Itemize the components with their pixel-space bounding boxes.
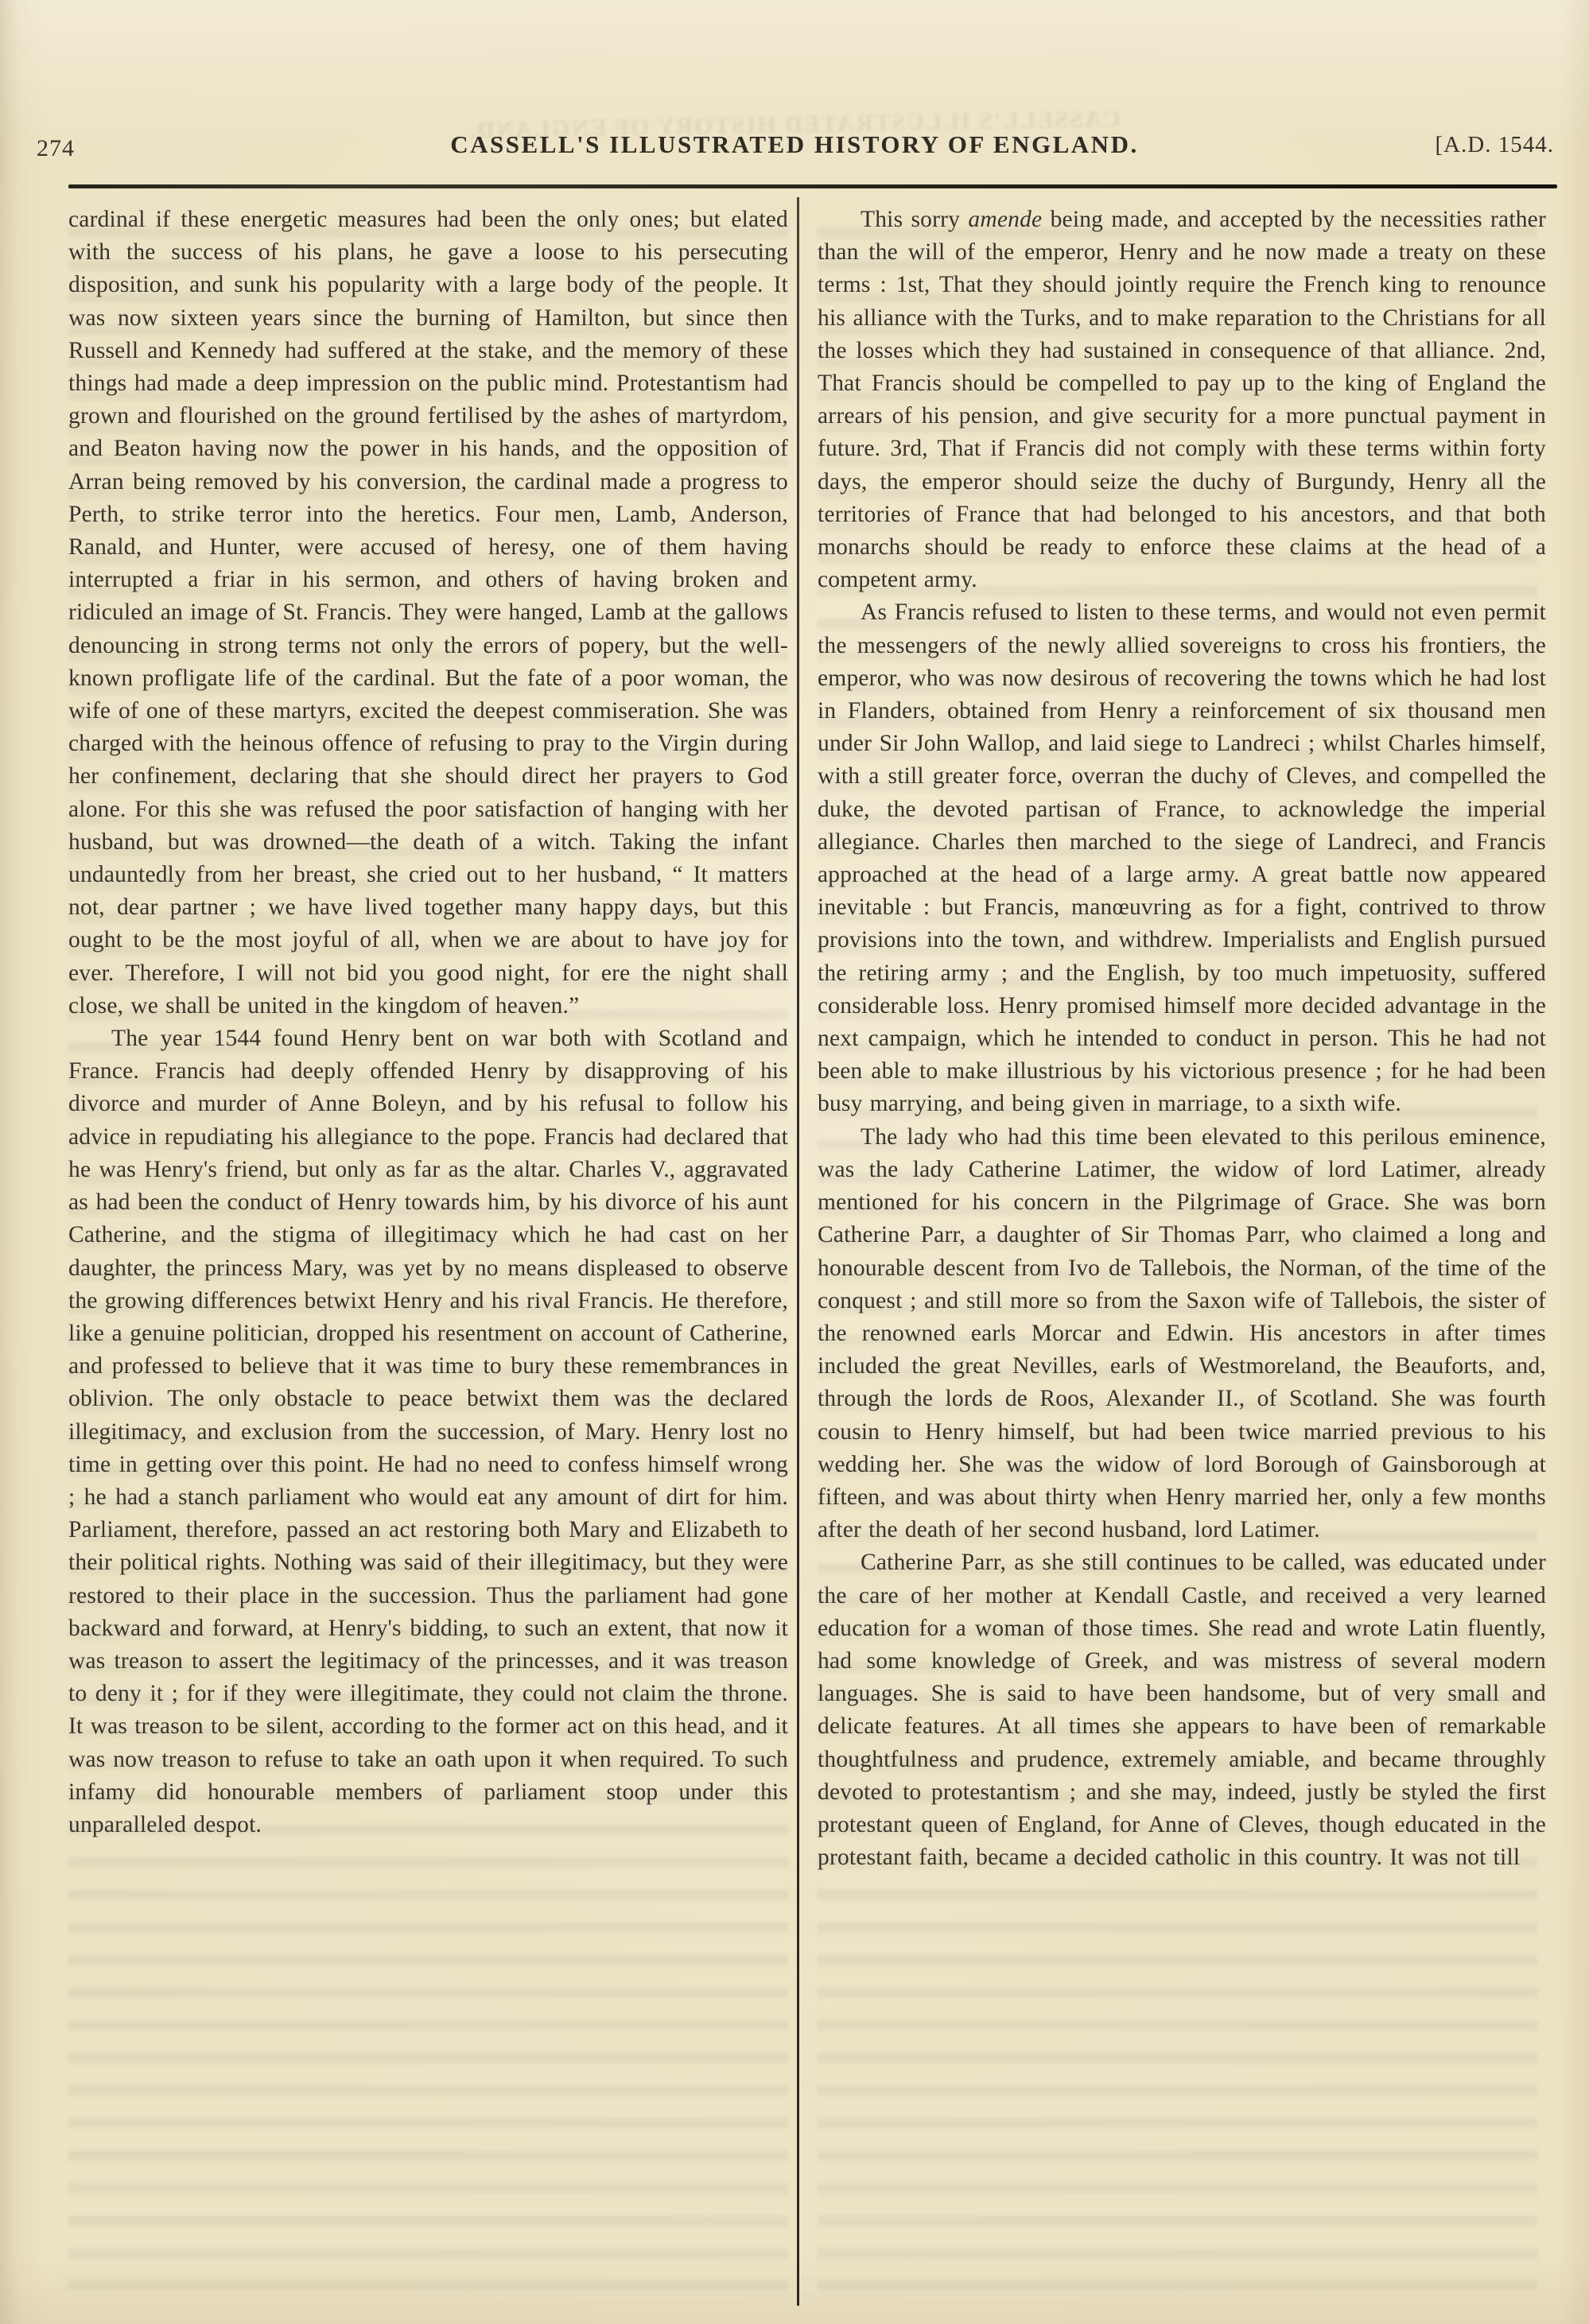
paragraph-rest: being made, and accepted by the necessit… (818, 207, 1546, 592)
paragraph: As Francis refused to listen to these te… (818, 596, 1546, 1120)
paragraph: The lady who had this time been elevated… (818, 1121, 1546, 1547)
paragraph: The year 1544 found Henry bent on war bo… (68, 1022, 788, 1841)
left-column: cardinal if these energetic measures had… (68, 204, 788, 1841)
paragraph: Catherine Parr, as she still continues t… (818, 1546, 1546, 1874)
paragraph: cardinal if these energetic measures had… (68, 204, 788, 1022)
header-rule (68, 184, 1557, 188)
paragraph-lead: This sorry (861, 207, 968, 232)
date-annotation: [A.D. 1544. (1435, 132, 1554, 158)
paragraph: This sorry amende being made, and accept… (818, 204, 1546, 596)
page-header: 274 CASSELL'S ILLUSTRATED HISTORY OF ENG… (0, 124, 1589, 169)
column-divider (797, 197, 799, 2306)
running-title: CASSELL'S ILLUSTRATED HISTORY OF ENGLAND… (0, 130, 1589, 159)
italic-term: amende (968, 207, 1042, 232)
right-column: This sorry amende being made, and accept… (818, 204, 1546, 1874)
book-page: CASSELL'S ILLUSTRATED HISTORY OF ENGLAND… (0, 0, 1589, 2324)
